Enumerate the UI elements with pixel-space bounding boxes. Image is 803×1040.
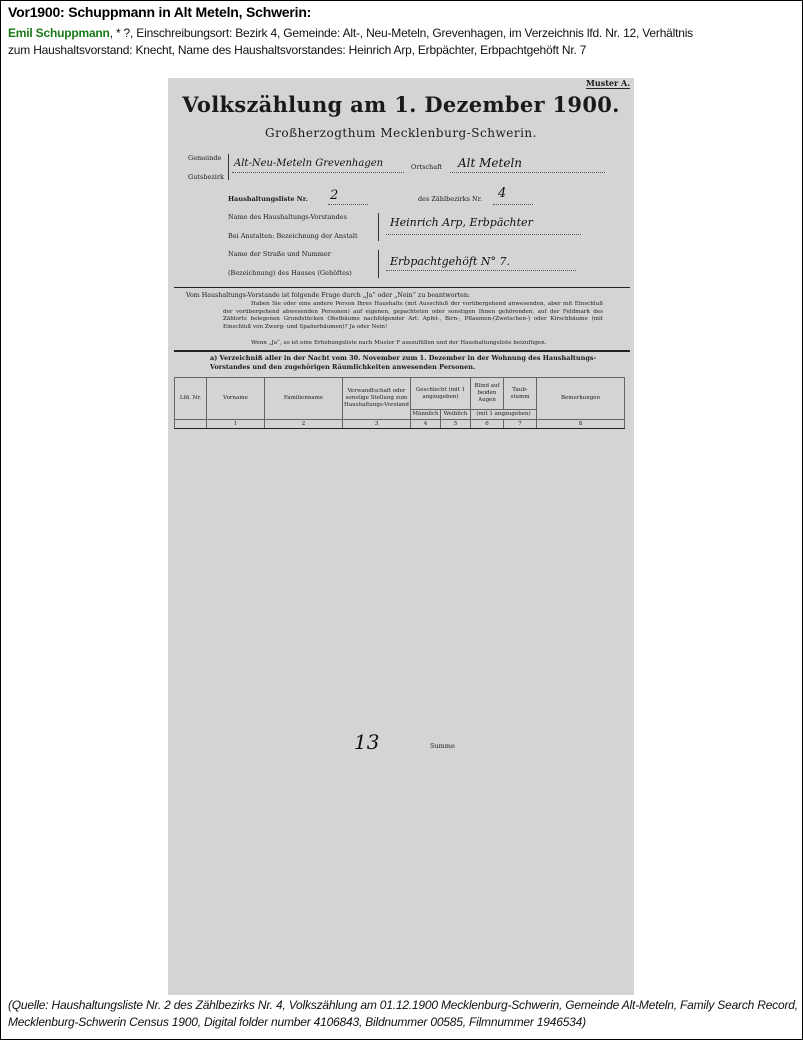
label-zaehlbezirk: des Zählbezirks Nr. [418,195,482,203]
section-a-title: a) Verzeichniß aller in der Nacht vom 30… [168,354,634,372]
label-bezeichnung-haus: (Bezeichnung) des Hauses (Gehöftes) [228,269,352,277]
label-gutsbezirk: Gutsbezirk [188,173,224,181]
value-ortschaft: Alt Meteln [458,156,522,170]
col-lfd-nr: Lfd. Nr. [175,378,207,420]
document-title: Volkszählung am 1. Dezember 1900. [168,92,634,117]
source-citation: (Quelle: Haushaltungsliste Nr. 2 des Zäh… [8,997,798,1031]
label-ortschaft: Ortschaft [411,163,442,171]
brace [228,154,229,180]
summary-line-2: zum Haushaltsvorstand: Knecht, Name des … [8,42,586,59]
summe-total: 13 [354,730,379,754]
value-gemeinde: Alt-Neu-Meteln Grevenhagen [234,158,383,169]
question-intro: Vom Haushaltungs-Vorstande ist folgende … [186,292,470,299]
col-stellung: Verwandtschaft oder sonstige Stellung zu… [343,378,411,420]
col-bemerkungen: Bemerkungen [537,378,625,420]
value-zaehlbezirk-nr: 4 [498,186,506,201]
label-gemeinde: Gemeinde [188,154,221,162]
summary-line-1: Emil Schuppmann, * ?, Einschreibungsort:… [8,25,693,42]
muster-label: Muster A. [586,78,630,89]
value-haushaltungsliste-nr: 2 [330,188,338,203]
label-strasse: Name der Straße und Nummer [228,250,331,258]
label-haushaltungsliste: Haushaltungsliste Nr. [228,195,308,203]
census-document-scan: Muster A. Volkszählung am 1. Dezember 19… [168,78,634,995]
document-subtitle: Großherzogthum Mecklenburg-Schwerin. [168,126,634,140]
summary-details: , * ?, Einschreibungsort: Bezirk 4, Geme… [110,26,693,40]
col-taubstumm: Taub-stumm [504,378,537,410]
col-geschlecht: Geschlecht (mit 1 angzugeben) [411,378,471,410]
summe-label: Summe [430,742,455,750]
question-followup: Wenn „Ja“, so ist eine Erhebungsliste na… [223,340,603,348]
col-mit-1-angeben: (mit 1 angzugeben) [471,410,537,420]
page-title: Vor1900: Schuppmann in Alt Meteln, Schwe… [8,4,311,20]
col-weiblich: Weiblich [441,410,471,420]
value-vorstand: Heinrich Arp, Erbpächter [390,216,533,229]
col-blind: Blind auf beiden Augen [471,378,504,410]
label-name-vorstand: Name des Haushaltungs-Vorstandes [228,213,347,221]
col-vorname: Vorname [207,378,265,420]
value-haus: Erbpachtgehöft N° 7. [390,255,510,268]
col-familienname: Familienname [265,378,343,420]
question-text: Haben Sie oder eine andere Person Ihres … [223,301,603,331]
section-a-table: Lfd. Nr. Vorname Familienname Verwandtsc… [174,377,625,429]
person-name: Emil Schuppmann [8,26,110,40]
col-maennlich: Männlich [411,410,441,420]
label-anstalten: Bei Anstalten: Bezeichnung der Anstalt [228,232,358,240]
